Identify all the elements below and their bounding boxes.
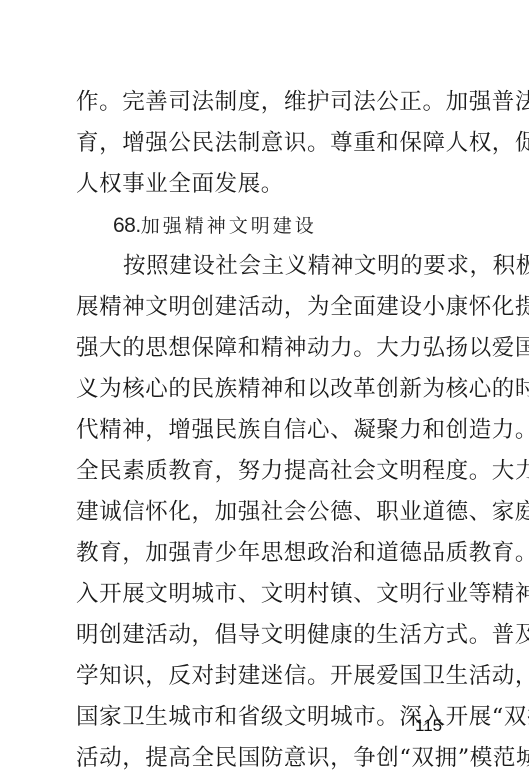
text-line: 展精神文明创建活动，为全面建设小康怀化提供 xyxy=(76,287,456,328)
section-heading: 68.加强精神文明建设 xyxy=(76,205,456,246)
text-line: 建诚信怀化，加强社会公德、职业道德、家庭美德 xyxy=(76,492,456,533)
text-line: 教育，加强青少年思想政治和道德品质教育。深 xyxy=(76,533,456,574)
text-line: 义为核心的民族精神和以改革创新为核心的时 xyxy=(76,369,456,410)
text-line: 入开展文明城市、文明村镇、文明行业等精神文 xyxy=(76,574,456,615)
text-line: 学知识，反对封建迷信。开展爱国卫生活动，争创 xyxy=(76,656,456,697)
document-page: 作。完善司法制度，维护司法公正。加强普法教 育，增强公民法制意识。尊重和保障人权… xyxy=(0,0,529,774)
text-line: 国家卫生城市和省级文明城市。深入开展“双拥” xyxy=(76,697,456,738)
text-line: 育，增强公民法制意识。尊重和保障人权，促进 xyxy=(76,123,456,164)
text-line: 明创建活动，倡导文明健康的生活方式。普及科 xyxy=(76,615,456,656)
text-line: 活动，提高全民国防意识，争创“双拥”模范城市， xyxy=(76,738,456,774)
text-line: 人权事业全面发展。 xyxy=(76,164,456,205)
section-number: 68. xyxy=(113,214,141,237)
text-line: 强大的思想保障和精神动力。大力弘扬以爱国主 xyxy=(76,328,456,369)
section-title: 加强精神文明建设 xyxy=(141,215,317,237)
text-line: 按照建设社会主义精神文明的要求，积极开 xyxy=(76,246,456,287)
text-line: 代精神，增强民族自信心、凝聚力和创造力。加强 xyxy=(76,410,456,451)
page-number: 115 xyxy=(415,716,442,736)
page-body: 作。完善司法制度，维护司法公正。加强普法教 育，增强公民法制意识。尊重和保障人权… xyxy=(76,82,456,774)
text-line: 作。完善司法制度，维护司法公正。加强普法教 xyxy=(76,82,456,123)
text-line: 全民素质教育，努力提高社会文明程度。大力创 xyxy=(76,451,456,492)
